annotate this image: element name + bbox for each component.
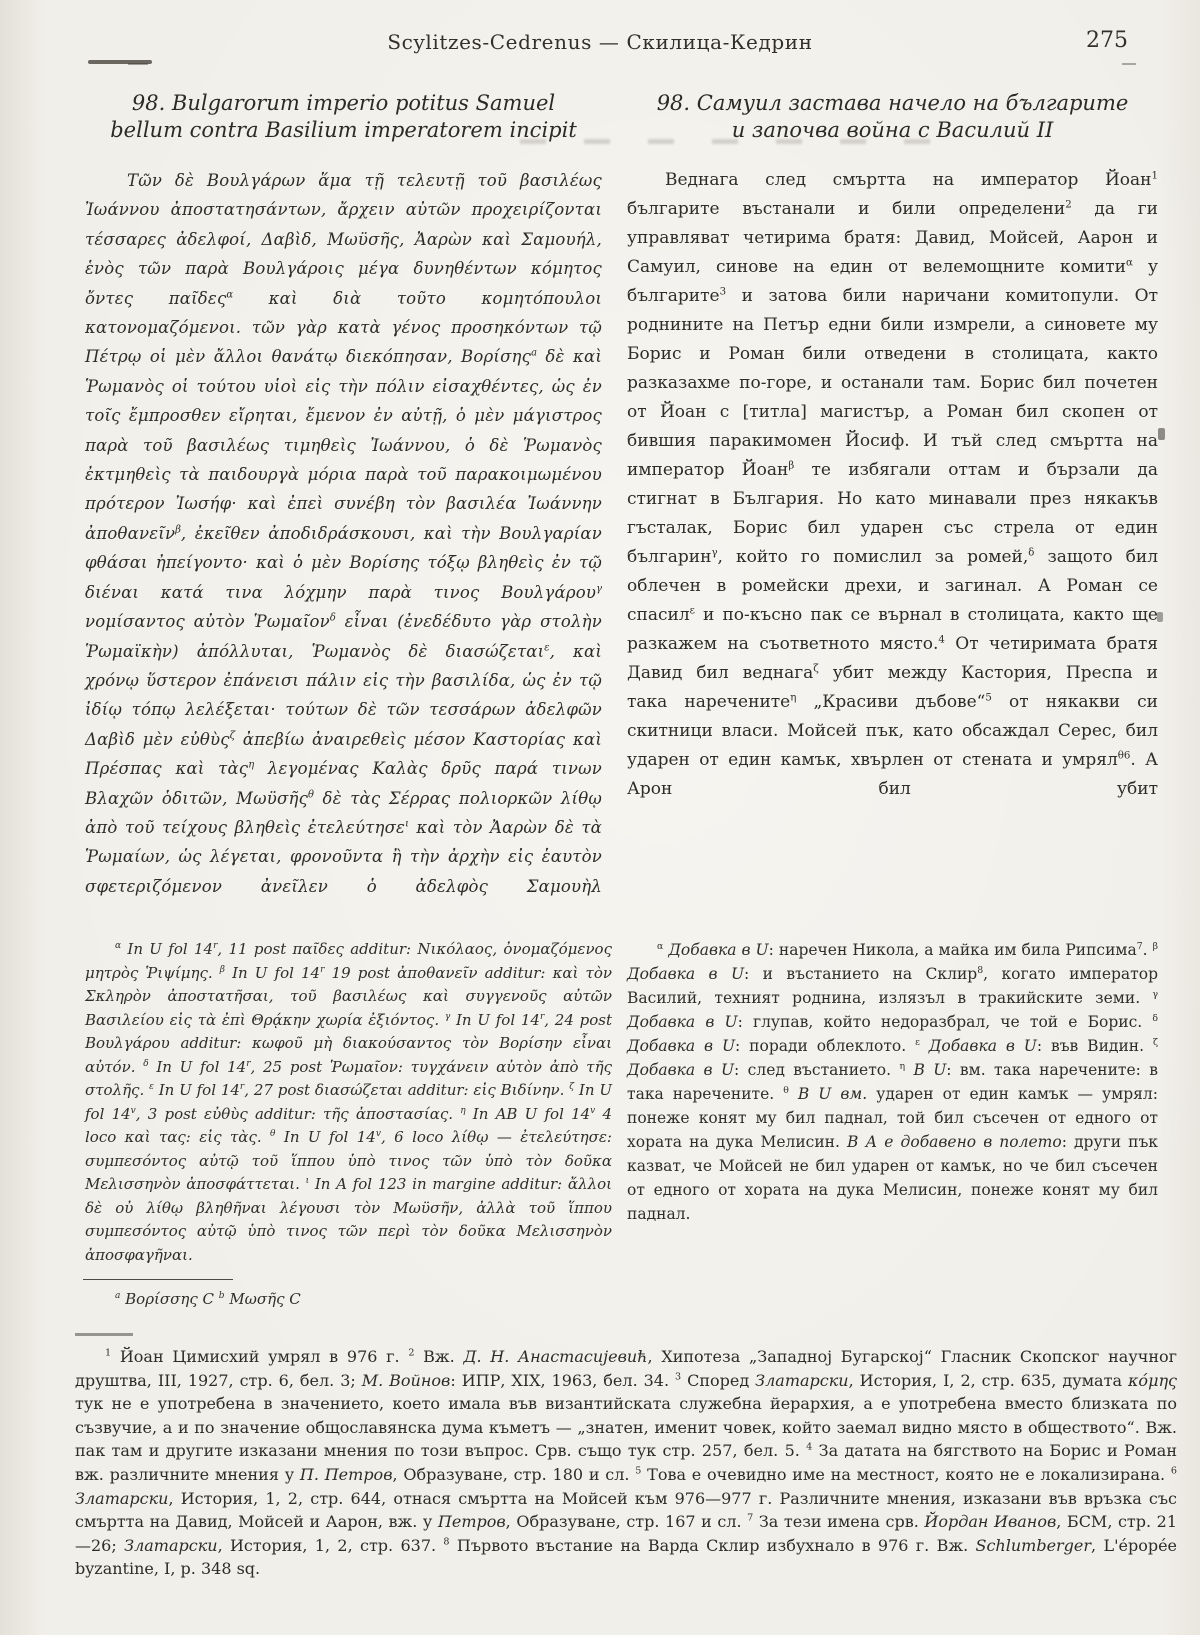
critical-apparatus-bulgarian: α Добавка в U: наречен Никола, а майка и… — [627, 938, 1158, 1226]
greek-text-paragraph: Τῶν δὲ Βουλγάρων ἅμα τῇ τελευτῇ τοῦ βασι… — [85, 166, 602, 901]
section-title-bulgarian: 98. Самуил застава начело на българите и… — [627, 90, 1158, 144]
variant-divider — [83, 1279, 233, 1280]
scan-artifact — [1158, 428, 1165, 440]
section-title-latin-line1: 98. Bulgarorum imperio potitus Samuel — [85, 90, 602, 117]
footnotes-paragraph: 1 Йоан Цимисхий умрял в 976 г. 2 Вж. Д. … — [75, 1345, 1177, 1581]
scan-artifact — [128, 63, 148, 65]
manuscript-variants-line: a Βορίσσης C b Μωσῆς C — [85, 1288, 612, 1312]
bulgarian-text-paragraph: Веднага след смъртта на император Йоан1 … — [627, 166, 1158, 804]
section-title-bulgarian-line1: 98. Самуил застава начело на българите — [627, 90, 1158, 117]
section-title-bulgarian-line2: и започва война с Василий II — [627, 117, 1158, 144]
apparatus-bulgarian-paragraph: α Добавка в U: наречен Никола, а майка и… — [627, 938, 1158, 1226]
section-title-latin-line2: bellum contra Basilium imperatorem incip… — [85, 117, 602, 144]
critical-apparatus-greek: α In U fol 14r, 11 post παῖδες additur: … — [85, 938, 612, 1312]
scan-artifact — [1122, 63, 1136, 65]
apparatus-greek-paragraph: α In U fol 14r, 11 post παῖδες additur: … — [85, 938, 612, 1267]
running-head: Scylitzes-Cedrenus — Скилица-Кедрин — [0, 30, 1200, 54]
page-number: 275 — [1086, 28, 1128, 53]
section-title-latin: 98. Bulgarorum imperio potitus Samuel be… — [85, 90, 602, 144]
greek-column: 98. Bulgarorum imperio potitus Samuel be… — [85, 90, 602, 918]
scanned-book-page: Scylitzes-Cedrenus — Скилица-Кедрин 275 … — [0, 0, 1200, 1635]
footnotes-section: 1 Йоан Цимисхий умрял в 976 г. 2 Вж. Д. … — [75, 1345, 1177, 1581]
scan-artifact — [75, 1333, 133, 1336]
bulgarian-column: 98. Самуил застава начело на българите и… — [627, 90, 1158, 821]
